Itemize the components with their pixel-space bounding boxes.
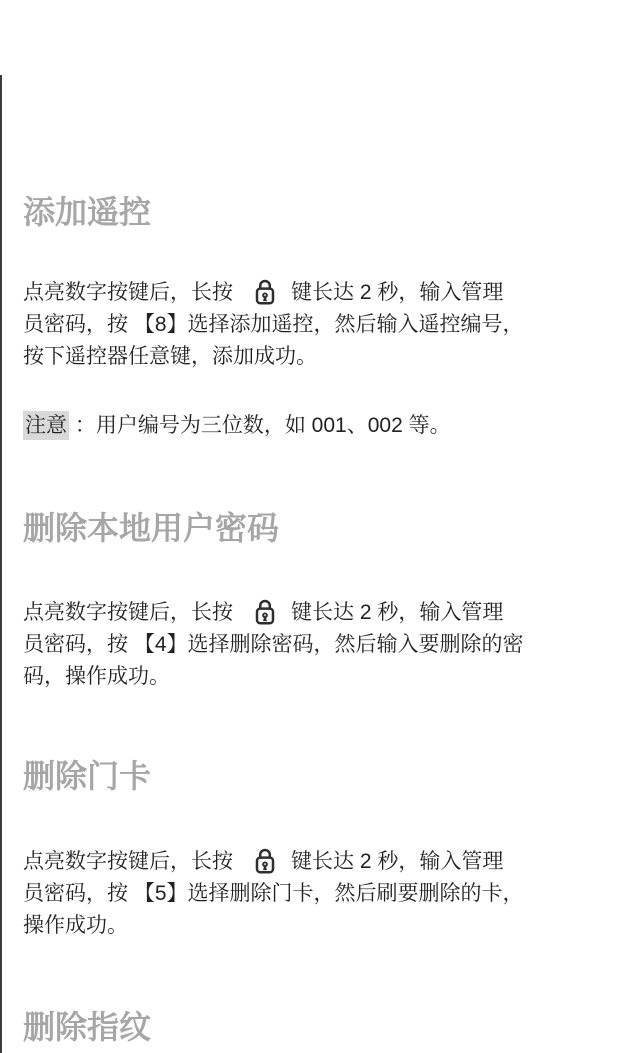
paragraph-line: 点亮数字按键后，长按键长达 2 秒，输入管理 xyxy=(23,597,524,629)
paragraph-line: 操作成功。 xyxy=(23,910,524,942)
left-edge-rule xyxy=(0,75,2,1053)
lock-icon xyxy=(253,597,277,625)
section-heading-add-remote: 添加遥控 xyxy=(23,194,151,230)
line-text: 点亮数字按键后，长按 xyxy=(23,850,233,873)
paragraph-line: 员密码，按 【5】选择删除门卡，然后刷要删除的卡， xyxy=(23,878,524,910)
paragraph-add-remote: 点亮数字按键后，长按键长达 2 秒，输入管理 员密码，按 【8】选择添加遥控，然… xyxy=(23,277,524,373)
section-heading-delete-card: 删除门卡 xyxy=(23,758,151,794)
note-text: ：用户编号为三位数，如 001、002 等。 xyxy=(69,414,451,437)
paragraph-line: 员密码，按 【4】选择删除密码，然后输入要删除的密 xyxy=(23,629,524,661)
line-text: 键长达 2 秒，输入管理 xyxy=(291,850,503,873)
paragraph-delete-card: 点亮数字按键后，长按键长达 2 秒，输入管理 员密码，按 【5】选择删除门卡，然… xyxy=(23,846,524,942)
section-heading-delete-fingerprint: 删除指纹 xyxy=(23,1009,151,1045)
lock-icon xyxy=(253,277,277,305)
line-text: 点亮数字按键后，长按 xyxy=(23,281,233,304)
lock-icon xyxy=(253,846,277,874)
line-text: 点亮数字按键后，长按 xyxy=(23,601,233,624)
note-line: 注意 ：用户编号为三位数，如 001、002 等。 xyxy=(23,410,451,442)
line-text: 键长达 2 秒，输入管理 xyxy=(291,601,503,624)
paragraph-line: 按下遥控器任意键，添加成功。 xyxy=(23,341,524,373)
paragraph-delete-password: 点亮数字按键后，长按键长达 2 秒，输入管理 员密码，按 【4】选择删除密码，然… xyxy=(23,597,524,693)
paragraph-line: 点亮数字按键后，长按键长达 2 秒，输入管理 xyxy=(23,846,524,878)
note-label: 注意 xyxy=(23,411,69,440)
paragraph-line: 码，操作成功。 xyxy=(23,661,524,693)
section-heading-delete-password: 删除本地用户密码 xyxy=(23,510,279,546)
paragraph-line: 员密码，按 【8】选择添加遥控，然后输入遥控编号， xyxy=(23,309,524,341)
line-text: 键长达 2 秒，输入管理 xyxy=(291,281,503,304)
manual-page: 添加遥控 点亮数字按键后，长按键长达 2 秒，输入管理 员密码，按 【8】选择添… xyxy=(0,0,620,1053)
paragraph-line: 点亮数字按键后，长按键长达 2 秒，输入管理 xyxy=(23,277,524,309)
